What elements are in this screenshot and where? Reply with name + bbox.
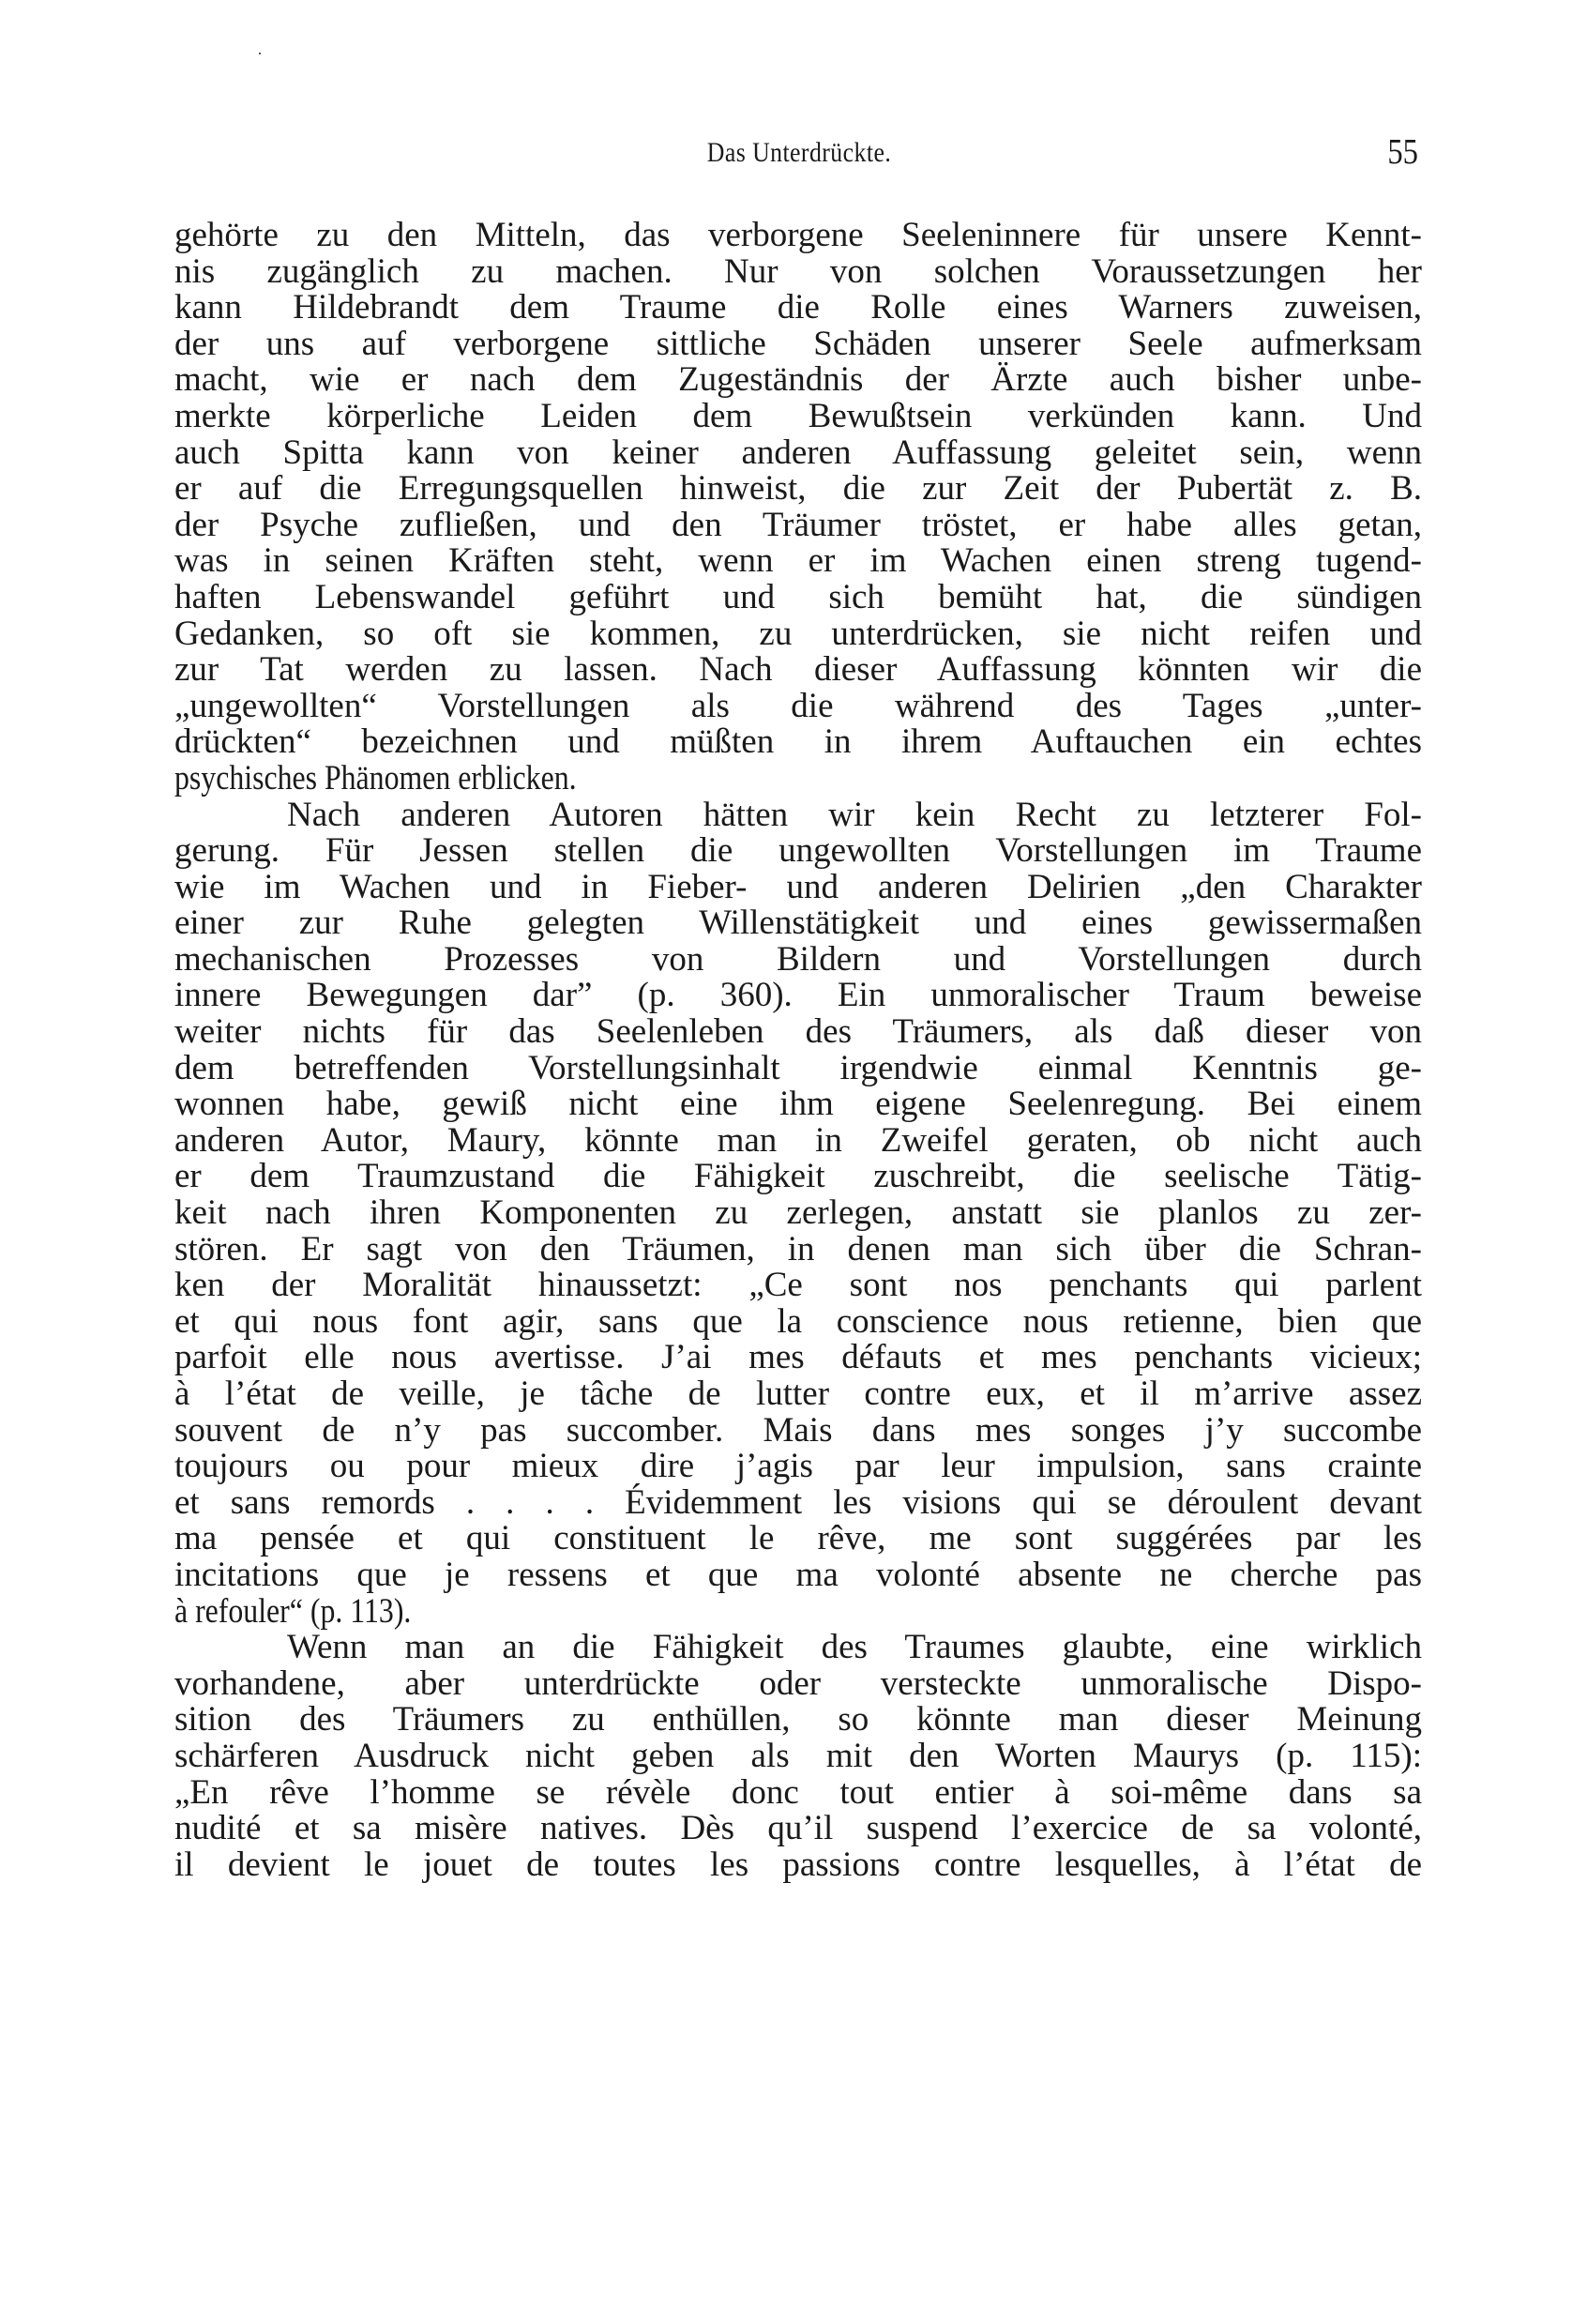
running-header: Das Unterdrückte. 55 — [180, 131, 1418, 178]
text-line: toujours ou pour mieux dire j’agis par l… — [174, 1449, 1422, 1485]
text-line: auch Spitta kann von keiner anderen Auff… — [174, 435, 1422, 472]
text-line: anderen Autor, Maury, könnte man in Zwei… — [174, 1123, 1422, 1160]
text-line: et qui nous font agir, sans que la consc… — [174, 1304, 1422, 1341]
text-line: ken der Moralität hinaussetzt: „Ce sont … — [174, 1268, 1422, 1304]
document-page: Das Unterdrückte. 55 gehörte zu den Mitt… — [0, 0, 1572, 2324]
text-line: er dem Traumzustand die Fähigkeit zuschr… — [174, 1159, 1422, 1195]
text-line: macht, wie er nach dem Zugeständnis der … — [174, 362, 1422, 399]
text-line: haften Lebenswandel geführt und sich bem… — [174, 580, 1422, 616]
text-line: mechanischen Prozesses von Bildern und V… — [174, 942, 1422, 979]
text-line: vorhandene, aber unterdrückte oder verst… — [174, 1666, 1422, 1703]
text-line: souvent de n’y pas succomber. Mais dans … — [174, 1413, 1422, 1450]
page-number: 55 — [1387, 131, 1418, 173]
text-line: wie im Wachen und in Fieber- und anderen… — [174, 870, 1422, 906]
text-line: wonnen habe, gewiß nicht eine ihm eigene… — [174, 1086, 1422, 1123]
text-line: nudité et sa misère natives. Dès qu’il s… — [174, 1811, 1422, 1847]
text-line: il devient le jouet de toutes les passio… — [174, 1847, 1422, 1884]
text-line: er auf die Erregungsquellen hinweist, di… — [174, 471, 1422, 508]
text-line: „En rêve l’homme se révèle donc tout ent… — [174, 1775, 1422, 1812]
text-line: keit nach ihren Komponenten zu zerlegen,… — [174, 1195, 1422, 1232]
text-line: der uns auf verborgene sittliche Schäden… — [174, 327, 1422, 363]
text-line: merkte körperliche Leiden dem Bewußtsein… — [174, 399, 1422, 435]
text-line: gehörte zu den Mitteln, das verborgene S… — [174, 218, 1422, 254]
text-line: zur Tat werden zu lassen. Nach dieser Au… — [174, 652, 1422, 689]
text-line: schärferen Ausdruck nicht geben als mit … — [174, 1739, 1422, 1775]
text-line: ma pensée et qui constituent le rêve, me… — [174, 1521, 1422, 1557]
text-line: à l’état de veille, je tâche de lutter c… — [174, 1376, 1422, 1413]
text-line: „ungewollten“ Vorstellungen als die währ… — [174, 689, 1422, 725]
text-line-paragraph-start: Wenn man an die Fähigkeit des Traumes gl… — [174, 1630, 1422, 1666]
text-line-paragraph-end: psychisches Phänomen erblicken. — [174, 761, 1422, 797]
text-line-paragraph-start: Nach anderen Autoren hätten wir kein Rec… — [174, 797, 1422, 834]
body-text: gehörte zu den Mitteln, das verborgene S… — [174, 218, 1422, 1883]
text-line: incitations que je ressens et que ma vol… — [174, 1557, 1422, 1594]
text-line: nis zugänglich zu machen. Nur von solche… — [174, 254, 1422, 291]
text-line: et sans remords . . . . Évidemment les v… — [174, 1485, 1422, 1522]
text-line: gerung. Für Jessen stellen die ungewollt… — [174, 833, 1422, 870]
text-line: sition des Träumers zu enthüllen, so kön… — [174, 1702, 1422, 1739]
text-line: parfoit elle nous avertisse. J’ai mes dé… — [174, 1340, 1422, 1376]
text-line: der Psyche zufließen, und den Träumer tr… — [174, 508, 1422, 544]
text-line: drückten“ bezeichnen und müßten in ihrem… — [174, 724, 1422, 761]
scan-speck — [259, 53, 261, 54]
text-line: weiter nichts für das Seelenleben des Tr… — [174, 1014, 1422, 1051]
text-line: Gedanken, so oft sie kommen, zu unterdrü… — [174, 616, 1422, 653]
text-line: innere Bewegungen dar” (p. 360). Ein unm… — [174, 978, 1422, 1014]
text-line: was in seinen Kräften steht, wenn er im … — [174, 543, 1422, 580]
text-line-paragraph-end: à refouler“ (p. 113). — [174, 1594, 1422, 1631]
text-line: einer zur Ruhe gelegten Willenstätigkeit… — [174, 905, 1422, 942]
text-line: stören. Er sagt von den Träumen, in dene… — [174, 1232, 1422, 1268]
running-title: Das Unterdrückte. — [266, 137, 1331, 169]
text-line: kann Hildebrandt dem Traume die Rolle ei… — [174, 290, 1422, 327]
text-line: dem betreffenden Vorstellungsinhalt irge… — [174, 1051, 1422, 1087]
